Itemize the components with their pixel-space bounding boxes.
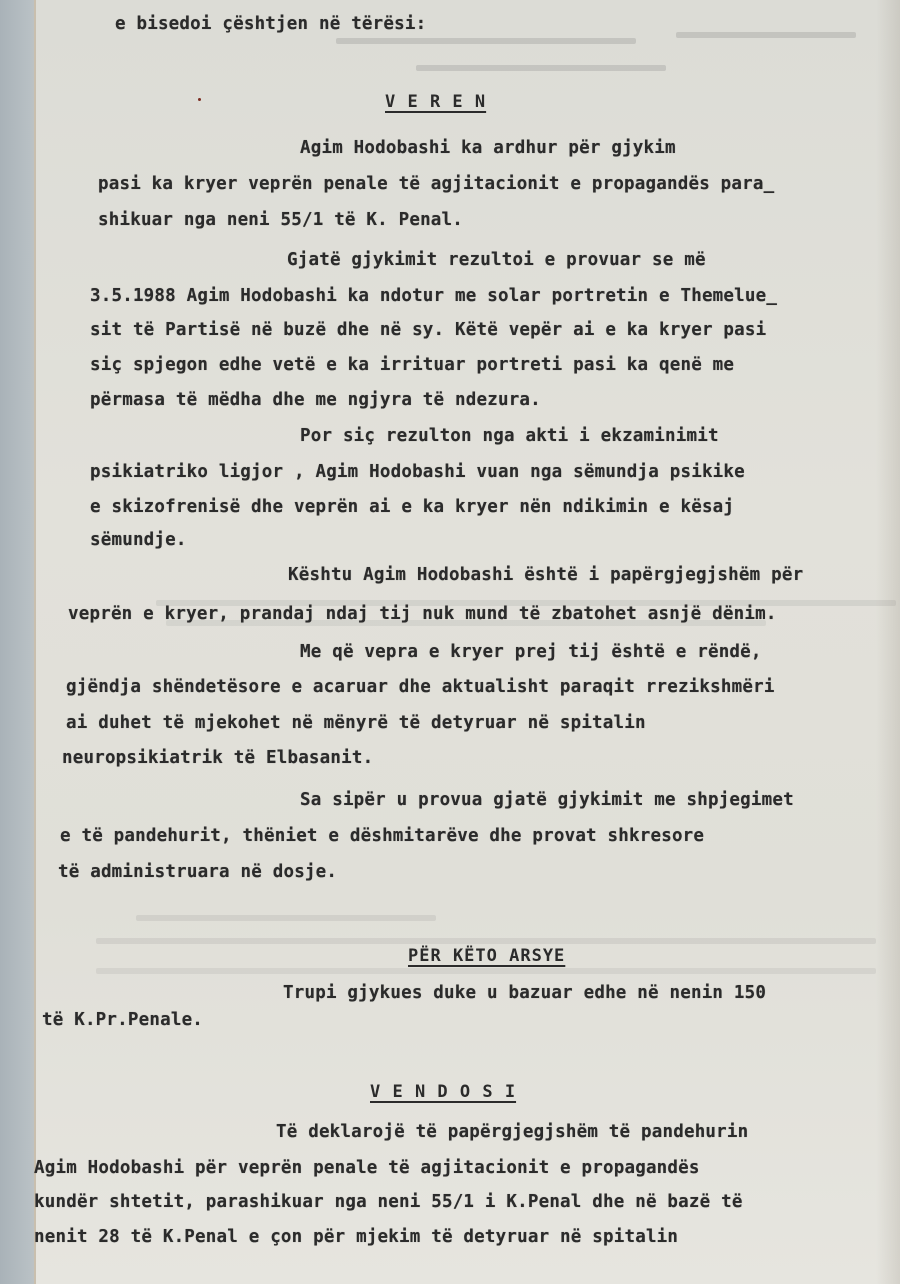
verejen-line: psikiatriko ligjor , Agim Hodobashi vuan… [90,462,745,482]
verejen-line: Por siç rezulton nga akti i ekzaminimit [300,426,719,446]
bleed-through-mark [96,968,876,974]
verejen-line: Kështu Agim Hodobashi është i papërgjegj… [288,565,803,585]
arsye-line-2: të K.Pr.Penale. [42,1010,203,1030]
bleed-through-mark [416,65,666,71]
verejen-line: veprën e kryer, prandaj ndaj tij nuk mun… [68,604,777,624]
vendosi-line-2: Agim Hodobashi për veprën penale të agji… [34,1158,700,1178]
bleed-through-mark [136,915,436,921]
verejen-line: ai duhet të mjekohet në mënyrë të detyru… [66,713,646,733]
verejen-line: siç spjegon edhe vetë e ka irrituar port… [90,355,734,375]
heading-verejen: V E R E N [385,92,486,112]
verejen-line: përmasa të mëdha dhe me ngjyra të ndezur… [90,390,541,410]
vendosi-line-3: kundër shtetit, parashikuar nga neni 55/… [34,1192,743,1212]
verejen-line: gjëndja shëndetësore e acaruar dhe aktua… [66,677,775,697]
bleed-through-mark [336,38,636,44]
verejen-line: sëmundje. [90,530,187,550]
verejen-line: shikuar nga neni 55/1 të K. Penal. [98,210,463,230]
verejen-line: 3.5.1988 Agim Hodobashi ka ndotur me sol… [90,286,777,306]
vendosi-line-1: Të deklarojë të papërgjegjshëm të pandeh… [276,1122,748,1142]
verejen-line: e skizofrenisë dhe veprën ai e ka kryer … [90,497,734,517]
vendosi-line-4: nenit 28 të K.Penal e çon për mjekim të … [34,1227,678,1247]
opening-line: e bisedoi çështjen në tërësi: [115,14,426,34]
heading-per-keto-arsye: PËR KËTO ARSYE [408,946,565,966]
verejen-line: e të pandehurit, thëniet e dëshmitarëve … [60,826,704,846]
arsye-line-1: Trupi gjykues duke u bazuar edhe në neni… [283,983,766,1003]
ink-speck [198,98,201,101]
verejen-line: pasi ka kryer veprën penale të agjitacio… [98,174,774,194]
bleed-through-mark [676,32,856,38]
verejen-line: Agim Hodobashi ka ardhur për gjykim [300,138,676,158]
verejen-line: Sa sipër u provua gjatë gjykimit me shpj… [300,790,794,810]
bleed-through-mark [96,938,876,944]
verejen-line: të administruara në dosje. [58,862,337,882]
verejen-line: neuropsikiatrik të Elbasanit. [62,748,373,768]
verejen-line: Me që vepra e kryer prej tij është e rën… [300,642,762,662]
verejen-line: sit të Partisë në buzë dhe në sy. Këtë v… [90,320,766,340]
heading-vendosi: V E N D O S I [370,1082,516,1102]
verejen-line: Gjatë gjykimit rezultoi e provuar se më [287,250,706,270]
